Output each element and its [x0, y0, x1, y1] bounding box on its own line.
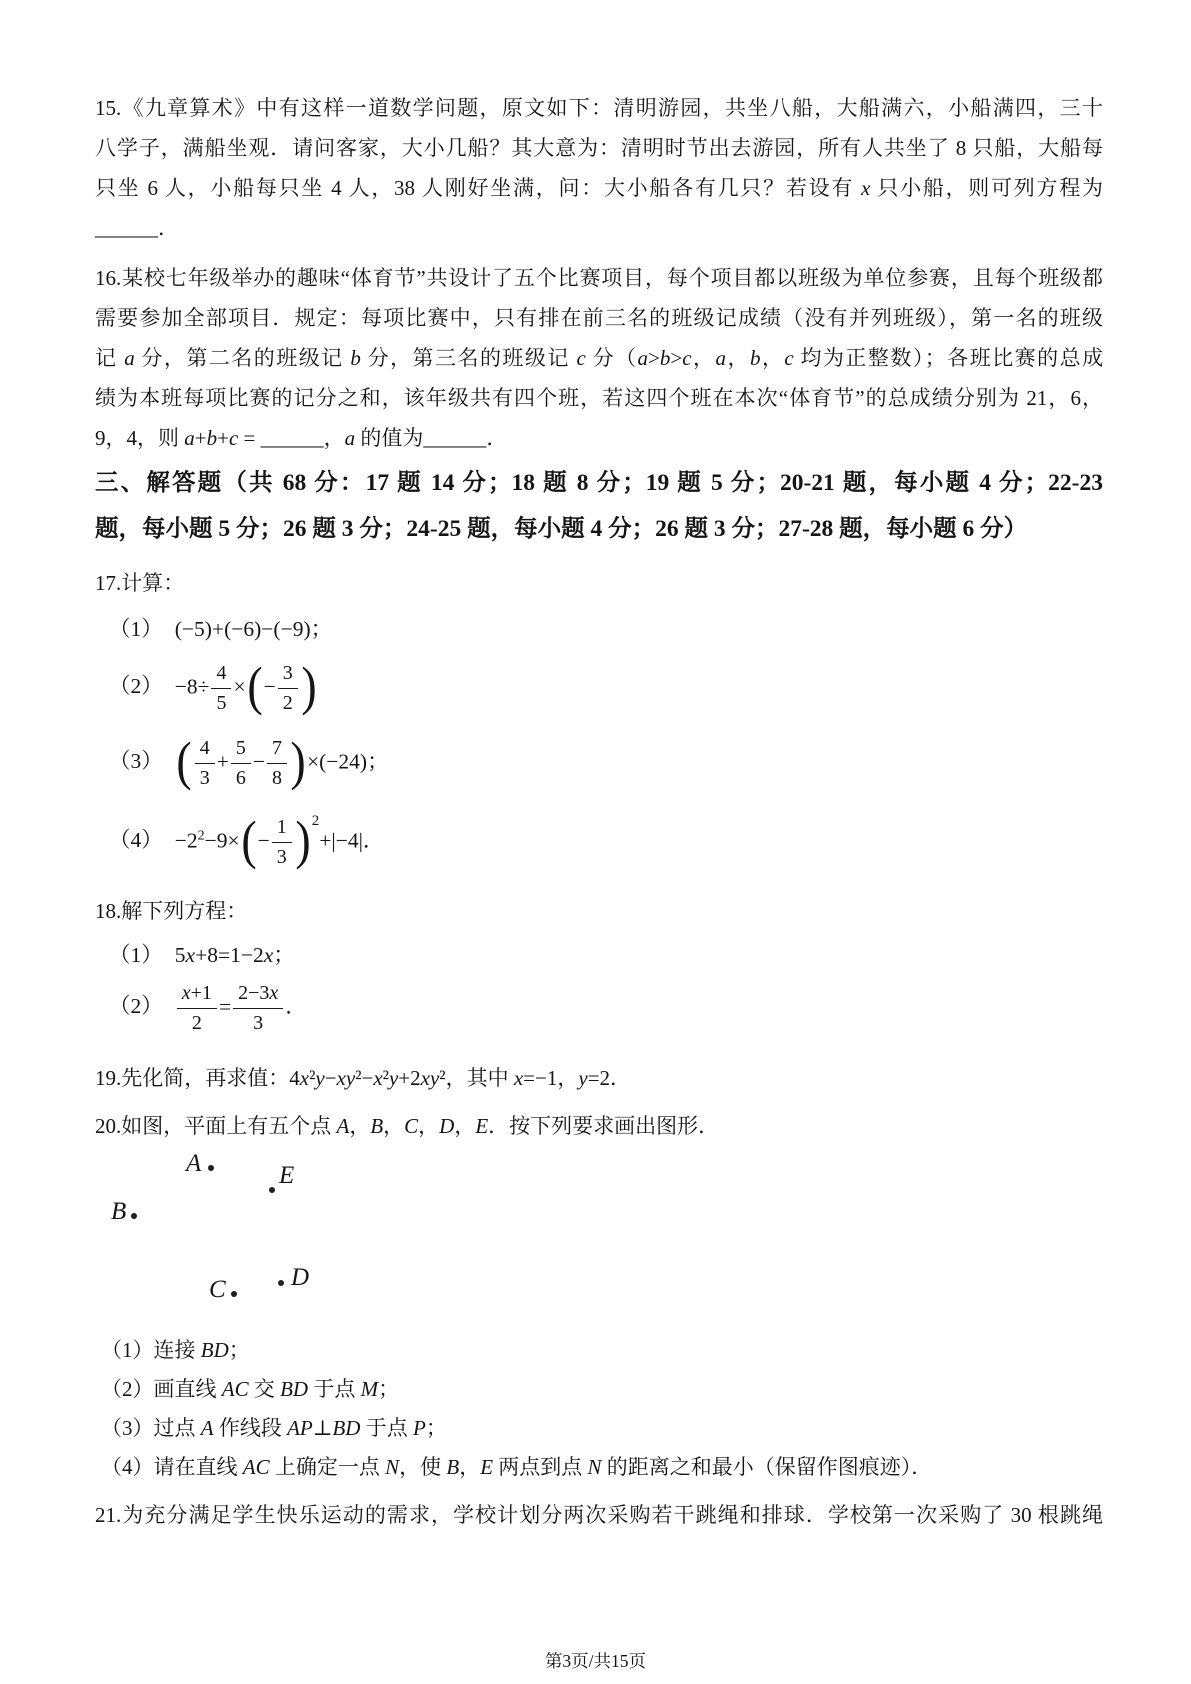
fraction: 78: [267, 736, 287, 791]
fraction: x+12: [177, 981, 217, 1036]
fraction: 43: [195, 736, 215, 791]
expression-part: −2: [175, 828, 198, 852]
text-line: （3）过点 A 作线段 AP⊥BD 于点 P；: [101, 1409, 1103, 1448]
fraction: 32: [278, 661, 298, 716]
point-label-D: D: [291, 1265, 309, 1290]
q17-item-4: （4）−22−9×(−13)2+|−4|．: [95, 815, 1103, 870]
expression-part: −8÷: [175, 674, 210, 698]
point-dot-A: [208, 1165, 214, 1171]
point-label-B: B: [111, 1199, 126, 1224]
expression-part: −: [253, 749, 265, 773]
point-dot-C: [231, 1291, 237, 1297]
expression-part: +: [217, 749, 229, 773]
exponent: 2: [312, 813, 320, 829]
text-line: 记 a 分，第二名的班级记 b 分，第三名的班级记 c 分（a>b>c，a，b，…: [95, 338, 1103, 378]
text-line: 需要参加全部项目．规定：每项比赛中，只有排在前三名的班级记成绩（没有并列班级），…: [95, 298, 1103, 338]
fraction: 56: [231, 736, 251, 791]
text-line: （4）请在直线 AC 上确定一点 N，使 B，E 两点到点 N 的距离之和最小（…: [101, 1448, 1103, 1487]
expression-part: =: [219, 994, 231, 1018]
text-line: 题，每小题 5 分；26 题 3 分；24-25 题，每小题 4 分；26 题 …: [95, 506, 1103, 552]
q17-item-3: （3）(43+56−78)×(−24)；: [95, 736, 1103, 791]
item-number: （2）: [109, 674, 163, 698]
fraction: 2−3x3: [233, 981, 283, 1036]
point-dot-B: [131, 1213, 137, 1219]
expression-part: −9×: [205, 828, 240, 852]
text-line: 15.《九章算术》中有这样一道数学问题，原文如下：清明游园，共坐八船，大船满六，…: [95, 88, 1103, 128]
fraction: 13: [272, 815, 292, 870]
text-line: 八学子，满船坐观．请问客家，大小几船？其大意为：清明时节出去游园，所有人共坐了 …: [95, 128, 1103, 168]
section-3-heading: 三、解答题（共 68 分：17 题 14 分；18 题 8 分；19 题 5 分…: [95, 460, 1103, 552]
left-paren: (: [241, 816, 256, 865]
point-label-A: A: [186, 1151, 201, 1176]
question-20-head: 20.如图，平面上有五个点 A，B，C，D，E．按下列要求画出图形．: [95, 1106, 1103, 1146]
item-number: （1）: [109, 617, 163, 641]
q17-head-text: 17.计算：: [95, 571, 184, 595]
q18-head-text: 18.解下列方程：: [95, 899, 247, 923]
expression-part: ×: [233, 674, 245, 698]
expression: 5x+8=1−2x；: [175, 943, 295, 967]
expression-part: ×(−24)；: [307, 749, 389, 773]
question-21: 21.为充分满足学生快乐运动的需求，学校计划分两次采购若干跳绳和排球．学校第一次…: [95, 1495, 1103, 1535]
q18-item-1: （1）5x+8=1−2x；: [95, 938, 1103, 969]
text-line: 三、解答题（共 68 分：17 题 14 分；18 题 8 分；19 题 5 分…: [95, 460, 1103, 506]
q18-item-2: （2）x+12=2−3x3．: [95, 981, 1103, 1036]
fraction: 45: [211, 661, 231, 716]
item-number: （3）: [109, 749, 163, 773]
q17-item-2: （2）−8÷45×(−32): [95, 661, 1103, 716]
text-line: 绩为本班每项比赛的记分之和，该年级共有四个班，若这四个班在本次“体育节”的总成绩…: [95, 378, 1103, 418]
text-line: 19.先化简，再求值：4x²y−xy²−x²y+2xy²，其中 x=−1，y=2…: [95, 1058, 1103, 1098]
text-line: 20.如图，平面上有五个点 A，B，C，D，E．按下列要求画出图形．: [95, 1106, 1103, 1146]
exam-page: 15.《九章算术》中有这样一道数学问题，原文如下：清明游园，共坐八船，大船满六，…: [0, 0, 1191, 1684]
page-footer: 第3页/共15页: [0, 1648, 1191, 1673]
text-line: 只坐 6 人，小船每只坐 4 人，38 人刚好坐满，问：大小船各有几只？若设有 …: [95, 168, 1103, 208]
q20-items: （1）连接 BD；（2）画直线 AC 交 BD 于点 M；（3）过点 A 作线段…: [95, 1331, 1103, 1487]
point-label-E: E: [279, 1163, 294, 1188]
left-paren: (: [247, 662, 262, 711]
item-number: （4）: [109, 828, 163, 852]
question-18-head: 18.解下列方程：: [95, 892, 1103, 930]
page-content: 15.《九章算术》中有这样一道数学问题，原文如下：清明游园，共坐八船，大船满六，…: [95, 0, 1103, 1535]
text-line: 16.某校七年级举办的趣味“体育节”共设计了五个比赛项目，每个项目都以班级为单位…: [95, 258, 1103, 298]
right-paren: ): [295, 816, 310, 865]
expression-part: ．: [285, 994, 307, 1018]
page-number: 第3页/共15页: [545, 1651, 646, 1671]
question-15: 15.《九章算术》中有这样一道数学问题，原文如下：清明游园，共坐八船，大船满六，…: [95, 88, 1103, 248]
question-16: 16.某校七年级举办的趣味“体育节”共设计了五个比赛项目，每个项目都以班级为单位…: [95, 258, 1103, 458]
text-line: ______．: [95, 208, 1103, 248]
item-number: （1）: [109, 943, 163, 967]
expression-part: +|−4|．: [319, 828, 384, 852]
question-19: 19.先化简，再求值：4x²y−xy²−x²y+2xy²，其中 x=−1，y=2…: [95, 1058, 1103, 1098]
text-line: （2）画直线 AC 交 BD 于点 M；: [101, 1370, 1103, 1409]
item-number: （2）: [109, 994, 163, 1018]
point-label-C: C: [209, 1277, 226, 1302]
q20-points-diagram: AEBCD: [95, 1146, 1103, 1311]
text-line: （1）连接 BD；: [101, 1331, 1103, 1370]
point-dot-D: [278, 1280, 284, 1286]
q17-item-1: （1）(−5)+(−6)−(−9)；: [95, 612, 1103, 643]
text-line: 9，4，则 a+b+c = ______，a 的值为______．: [95, 418, 1103, 458]
expression-part: −: [264, 674, 276, 698]
expression-part: −: [258, 828, 270, 852]
exponent: 2: [198, 828, 205, 843]
right-paren: ): [290, 737, 305, 786]
question-17-head: 17.计算：: [95, 564, 1103, 602]
point-dot-E: [269, 1187, 275, 1193]
right-paren: ): [301, 662, 316, 711]
left-paren: (: [176, 737, 191, 786]
expression: (−5)+(−6)−(−9)；: [175, 617, 332, 641]
text-line: 21.为充分满足学生快乐运动的需求，学校计划分两次采购若干跳绳和排球．学校第一次…: [95, 1495, 1103, 1535]
